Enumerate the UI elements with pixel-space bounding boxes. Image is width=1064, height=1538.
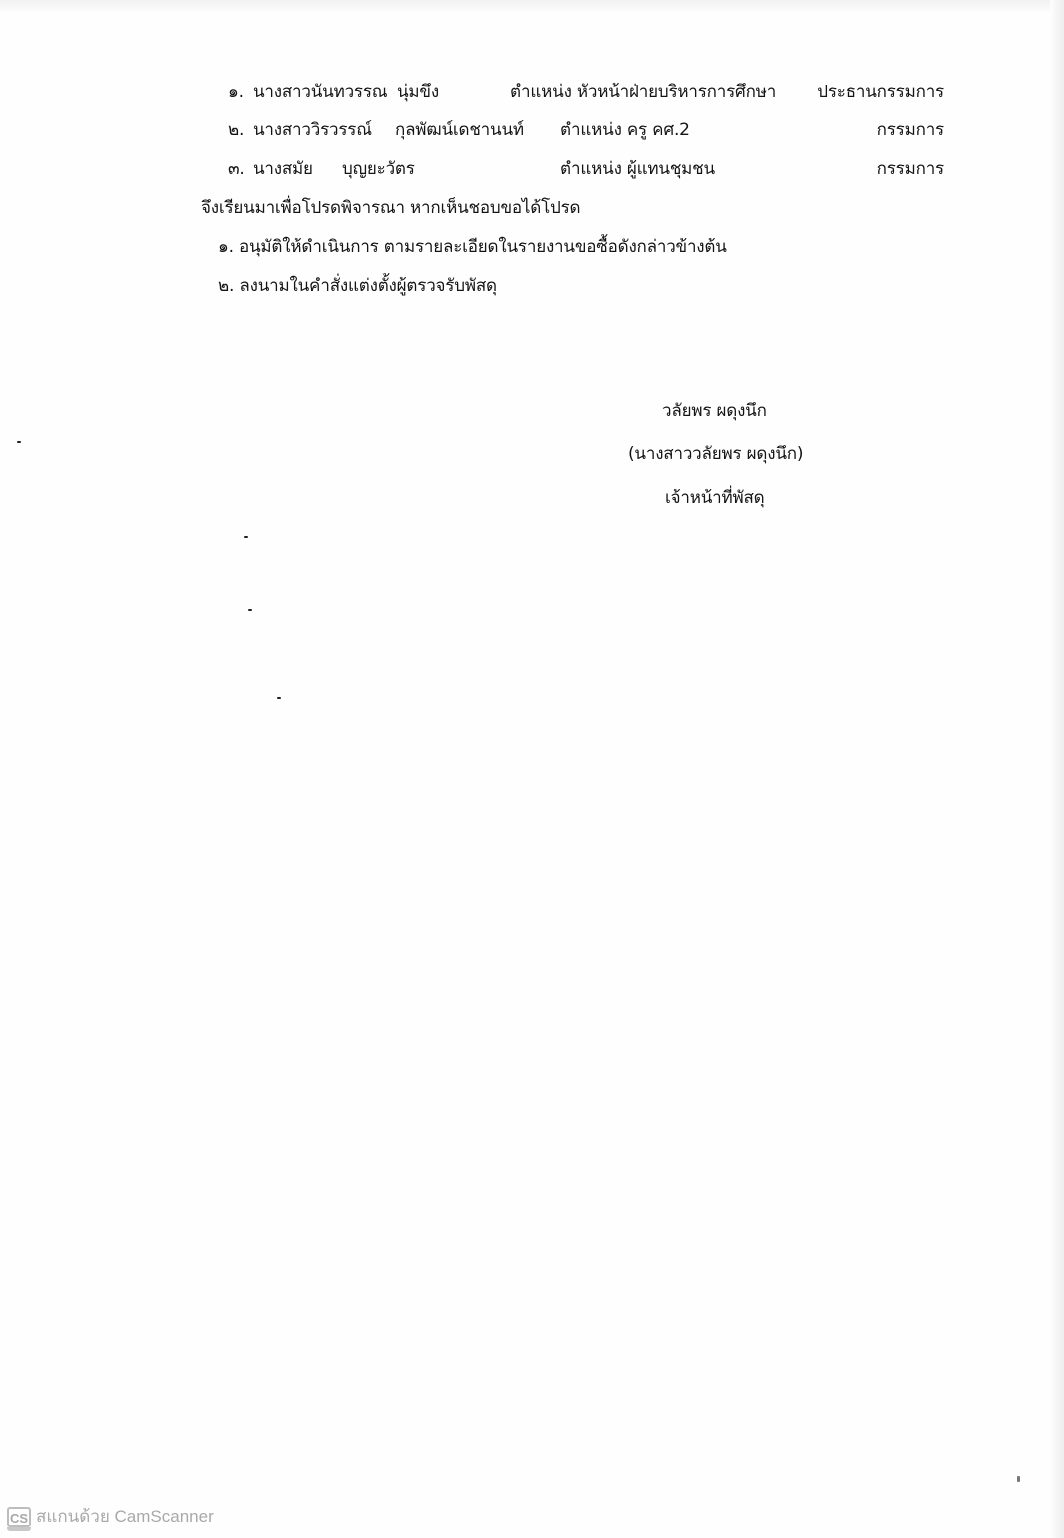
scan-edge-right: [1050, 0, 1064, 1538]
committee-position: ตำแหน่ง ผู้แทนชุมชน: [560, 158, 715, 180]
scan-speck: [277, 697, 281, 699]
scan-speck: [17, 441, 21, 443]
scan-speck: [1017, 1476, 1020, 1482]
committee-number: ๑.: [228, 81, 244, 103]
signature-signed-name: วลัยพร ผดุงนึก: [662, 400, 767, 422]
committee-role: กรรมการ: [877, 158, 944, 180]
scan-speck: [244, 536, 248, 538]
request-item-approve: ๑. อนุมัติให้ดำเนินการ ตามรายละเอียดในรา…: [218, 236, 727, 258]
scan-speck: [248, 609, 252, 611]
committee-surname: กุลพัฒน์เดชานนท์: [395, 119, 524, 141]
camscanner-logo-icon: CS: [7, 1507, 31, 1527]
signature-full-name: (นางสาววลัยพร ผดุงนึก): [628, 443, 803, 465]
committee-position: ตำแหน่ง ครู คศ.2: [560, 119, 690, 141]
scan-edge-top: [0, 0, 1064, 14]
committee-role: กรรมการ: [877, 119, 944, 141]
committee-surname: นุ่มขึง: [397, 81, 439, 103]
committee-title-name: นางสมัย: [253, 158, 313, 180]
request-item-sign-order: ๒. ลงนามในคำสั่งแต่งตั้งผู้ตรวจรับพัสดุ: [218, 275, 497, 297]
committee-surname: บุญยะวัตร: [342, 158, 415, 180]
committee-number: ๓.: [228, 158, 245, 180]
request-intro: จึงเรียนมาเพื่อโปรดพิจารณา หากเห็นชอบขอไ…: [201, 197, 580, 219]
committee-role: ประธานกรรมการ: [817, 81, 944, 103]
camscanner-watermark: สแกนด้วย CamScanner: [36, 1506, 214, 1528]
scanned-document-page: ๑. นางสาวนันทวรรณ นุ่มขึง ตำแหน่ง หัวหน้…: [0, 0, 1064, 1538]
committee-number: ๒.: [228, 119, 244, 141]
signature-position: เจ้าหน้าที่พัสดุ: [665, 487, 765, 509]
committee-title-name: นางสาวนันทวรรณ: [253, 81, 387, 103]
committee-position: ตำแหน่ง หัวหน้าฝ่ายบริหารการศึกษา: [510, 81, 776, 103]
committee-title-name: นางสาววิรวรรณ์: [253, 119, 372, 141]
